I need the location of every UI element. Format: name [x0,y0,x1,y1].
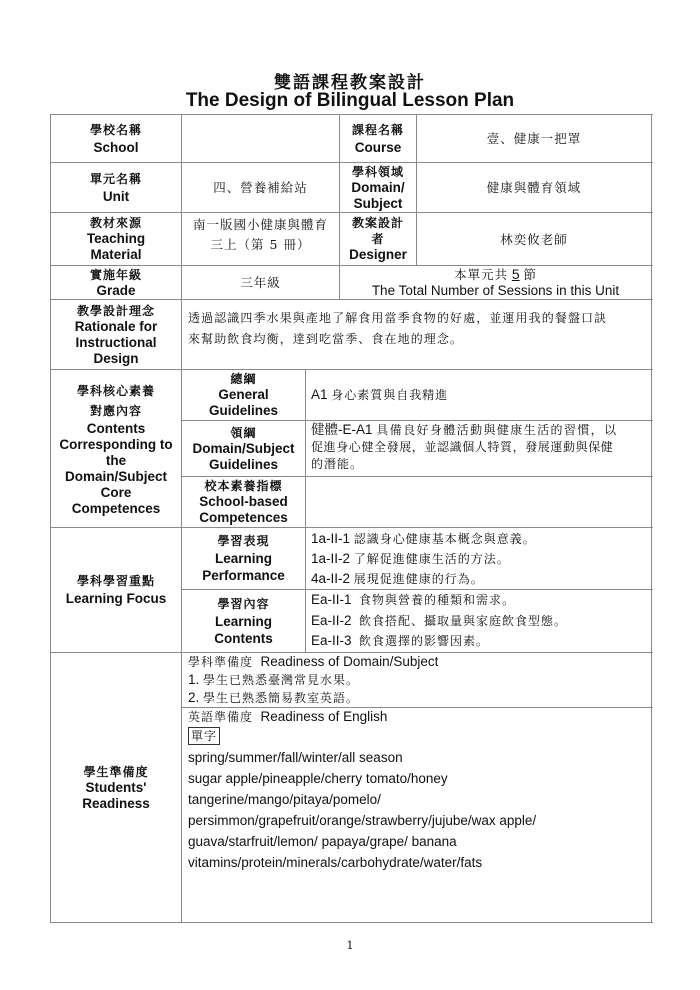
sessions-zh: 本單元共 5 節 [454,266,537,283]
learning-contents-item: Ea-II-3 飲食選擇的影響因素。 [311,631,489,652]
learning-performance-label-zh: 學習表現 [217,533,269,550]
item-code: 1a-II-1 [311,531,350,546]
readiness-english-heading-zh: 英語準備度 [188,710,253,724]
competences-label-zh-2: 對應內容 [90,401,142,421]
item-number: 1. [188,672,199,687]
domain-guidelines-label-zh: 領綱 [230,425,256,441]
grade-label-zh: 實施年級 [90,267,142,283]
item-text: 了解促進健康生活的方法。 [354,552,510,566]
page-number: 1 [0,939,700,952]
general-guidelines-label-en-2: Guidelines [209,403,278,419]
material-label-en-2: Material [90,247,141,263]
material-label-en-1: Teaching [87,231,145,247]
material-value-line-1: 南一版國小健康與體育 [193,215,328,235]
sessions-zh-suffix: 節 [523,267,537,282]
domain-label-zh: 學科領域 [352,164,404,180]
readiness-english-heading-en: Readiness of English [261,709,388,724]
vocab-line: tangerine/mango/pitaya/pomelo/ [188,789,381,810]
material-value-line-2: 三上（第 5 冊） [211,235,311,255]
table-border-bottom [50,922,653,923]
school-label-en: School [93,139,138,156]
unit-label: 單元名稱 Unit [51,163,181,212]
school-value [182,115,339,162]
readiness-label-en-1: Students' [86,780,147,796]
school-label-zh: 學校名稱 [90,122,142,139]
learning-contents-label: 學習內容 Learning Contents [182,590,305,652]
school-based-label-zh: 校本素養指標 [204,478,282,494]
learning-performance-list: 1a-II-1 認識身心健康基本概念與意義。 1a-II-2 了解促進健康生活的… [311,528,649,589]
sessions-en: The Total Number of Sessions in this Uni… [372,283,619,299]
sessions-count: 5 [512,266,520,282]
general-guidelines-value: A1 身心素質與自我精進 [311,370,649,420]
material-label-zh: 教材來源 [90,215,142,231]
readiness-label-en-2: Readiness [82,796,150,812]
vocab-line: spring/summer/fall/winter/all season [188,747,403,768]
vocab-line: vitamins/protein/minerals/carbohydrate/w… [188,852,482,873]
learning-performance-item: 1a-II-2 了解促進健康生活的方法。 [311,549,510,569]
domain-value: 健康與體育領域 [417,163,651,212]
item-text: 學生已熟悉臺灣常見水果。 [203,673,359,687]
learning-focus-label-zh: 學科學習重點 [77,572,155,590]
rationale-label-en-3: Design [93,351,138,367]
rationale-label-zh: 教學設計理念 [77,303,155,319]
unit-label-en: Unit [103,188,129,205]
course-label: 課程名稱 Course [340,115,416,162]
competences-label-en-4: Domain/Subject [65,469,167,485]
readiness-domain-heading-zh: 學科準備度 [188,655,253,669]
learning-performance-label: 學習表現 Learning Performance [182,528,305,589]
learning-focus-label: 學科學習重點 Learning Focus [51,528,181,652]
competences-label-en-6: Competences [72,501,161,517]
readiness-domain-item: 1. 學生已熟悉臺灣常見水果。 [188,671,359,689]
competences-label-en-2: Corresponding to [59,437,172,453]
designer-label: 教案設計 者 Designer [340,213,416,265]
designer-label-en: Designer [349,247,407,263]
domain-guidelines-text-1: 具備良好身體活動與健康生活的習慣，以 [376,423,617,437]
grade-label-en: Grade [96,283,135,299]
rationale-label-en-2: Instructional [75,335,156,351]
readiness-english: 英語準備度 Readiness of English 單字 spring/sum… [188,708,648,878]
school-based-label-en-2: Competences [199,510,288,526]
rationale-label-en-1: Rationale for [75,319,158,335]
domain-guidelines-text-2: 促進身心健全發展，並認識個人特質，發展運動與保健 [311,439,613,456]
general-guidelines-text: 身心素質與自我精進 [331,388,448,402]
learning-contents-list: Ea-II-1 食物與營養的種類和需求。 Ea-II-2 飲食搭配、攝取量與家庭… [311,590,649,652]
item-text: 飲食選擇的影響因素。 [359,634,489,648]
domain-guidelines-label: 領綱 Domain/Subject Guidelines [182,421,305,476]
vocab-line: sugar apple/pineapple/cherry tomato/hone… [188,768,448,789]
general-guidelines-line: A1 身心素質與自我精進 [311,384,448,406]
learning-contents-label-zh: 學習內容 [217,596,269,613]
learning-focus-label-en: Learning Focus [66,590,167,608]
competences-label: 學科核心素養 對應內容 Contents Corresponding to th… [51,370,181,527]
school-based-value [311,477,649,527]
material-value: 南一版國小健康與體育 三上（第 5 冊） [182,213,339,257]
grade-label: 實施年級 Grade [51,266,181,299]
course-label-en: Course [355,139,402,156]
readiness-domain-item: 2. 學生已熟悉簡易教室英語。 [188,689,359,707]
readiness-label-zh: 學生準備度 [83,764,148,780]
grade-value: 三年級 [182,266,339,299]
school-based-label-en-1: School-based [199,494,288,510]
designer-label-zh-2: 者 [371,231,384,247]
readiness-domain: 學科準備度 Readiness of Domain/Subject 1. 學生已… [188,653,648,707]
general-guidelines-code: A1 [311,387,328,402]
item-code: Ea-II-3 [311,633,352,648]
school-label: 學校名稱 School [51,115,181,162]
unit-label-zh: 單元名稱 [90,171,142,188]
rationale-label: 教學設計理念 Rationale for Instructional Desig… [51,300,181,369]
item-text: 認識身心健康基本概念與意義。 [354,532,536,546]
item-text: 學生已熟悉簡易教室英語。 [203,691,359,705]
item-text: 飲食搭配、攝取量與家庭飲食型態。 [359,614,567,628]
competences-label-zh-1: 學科核心素養 [77,381,155,401]
general-guidelines-label-zh: 總綱 [230,371,256,387]
domain-label-en-2: Subject [354,196,403,212]
competences-label-en-3: the [106,453,126,469]
sessions-cell: 本單元共 5 節 The Total Number of Sessions in… [340,266,651,299]
competences-label-en-5: Core [101,485,132,501]
school-based-label: 校本素養指標 School-based Competences [182,477,305,527]
item-text: 展現促進健康的行為。 [354,572,484,586]
readiness-label: 學生準備度 Students' Readiness [51,653,181,922]
item-text: 食物與營養的種類和需求。 [359,593,515,607]
item-code: 1a-II-2 [311,551,350,566]
course-label-zh: 課程名稱 [352,122,404,139]
general-guidelines-label-en-1: General [218,387,268,403]
rationale-line-1: 透過認識四季水果與產地了解食用當季食物的好處，並運用我的餐盤口訣 [188,308,607,329]
domain-label: 學科領域 Domain/ Subject [340,163,416,212]
learning-performance-label-en-1: Learning [215,550,272,567]
domain-guidelines-text-3: 的潛能。 [311,456,363,473]
col-divider [305,369,306,652]
rationale-line-2: 來幫助飲食均衡，達到吃當季、食在地的理念。 [188,329,463,350]
vocab-tag: 單字 [188,727,220,745]
readiness-domain-heading-en: Readiness of Domain/Subject [261,654,439,669]
designer-value: 林奕攸老師 [417,213,651,265]
learning-contents-item: Ea-II-2 飲食搭配、攝取量與家庭飲食型態。 [311,611,567,632]
domain-guidelines-label-en-1: Domain/Subject [192,441,294,457]
readiness-domain-heading: 學科準備度 Readiness of Domain/Subject [188,653,438,671]
learning-contents-label-en-2: Contents [214,630,273,647]
domain-guidelines-code: 健體-E-A1 [311,422,373,437]
document-title-en: The Design of Bilingual Lesson Plan [0,90,700,112]
readiness-english-heading: 英語準備度 Readiness of English [188,708,387,726]
competences-label-en-1: Contents [87,421,146,437]
item-code: Ea-II-2 [311,613,352,628]
rationale-value: 透過認識四季水果與產地了解食用當季食物的好處，並運用我的餐盤口訣 來幫助飲食均衡… [188,300,650,358]
material-label: 教材來源 Teaching Material [51,213,181,265]
learning-performance-label-en-2: Performance [202,567,285,584]
item-number: 2. [188,690,199,705]
designer-label-zh-1: 教案設計 [352,215,404,231]
unit-value: 四、營養補給站 [182,163,339,212]
table-border-right [651,114,652,923]
sessions-zh-prefix: 本單元共 [454,267,508,282]
domain-guidelines-line-1: 健體-E-A1 具備良好身體活動與健康生活的習慣，以 [311,421,617,439]
learning-contents-label-en-1: Learning [215,613,272,630]
learning-contents-item: Ea-II-1 食物與營養的種類和需求。 [311,590,515,611]
item-code: Ea-II-1 [311,592,352,607]
item-code: 4a-II-2 [311,571,350,586]
domain-guidelines-label-en-2: Guidelines [209,457,278,473]
learning-performance-item: 4a-II-2 展現促進健康的行為。 [311,569,484,589]
vocab-line: persimmon/grapefruit/orange/strawberry/j… [188,810,536,831]
domain-guidelines-value: 健體-E-A1 具備良好身體活動與健康生活的習慣，以 促進身心健全發展，並認識個… [311,421,649,476]
domain-label-en-1: Domain/ [351,180,404,196]
learning-performance-item: 1a-II-1 認識身心健康基本概念與意義。 [311,529,536,549]
vocab-line: guava/starfruit/lemon/ papaya/grape/ ban… [188,831,457,852]
general-guidelines-label: 總綱 General Guidelines [182,370,305,420]
course-value: 壹、健康一把罩 [417,115,651,162]
